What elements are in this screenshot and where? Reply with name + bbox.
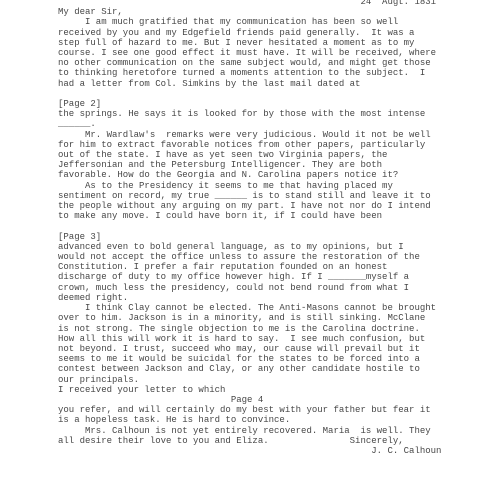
letter-text: 24 Augt. 1831 My dear Sir, I am much gra… (58, 0, 441, 456)
document-page: 24 Augt. 1831 My dear Sir, I am much gra… (0, 0, 500, 500)
